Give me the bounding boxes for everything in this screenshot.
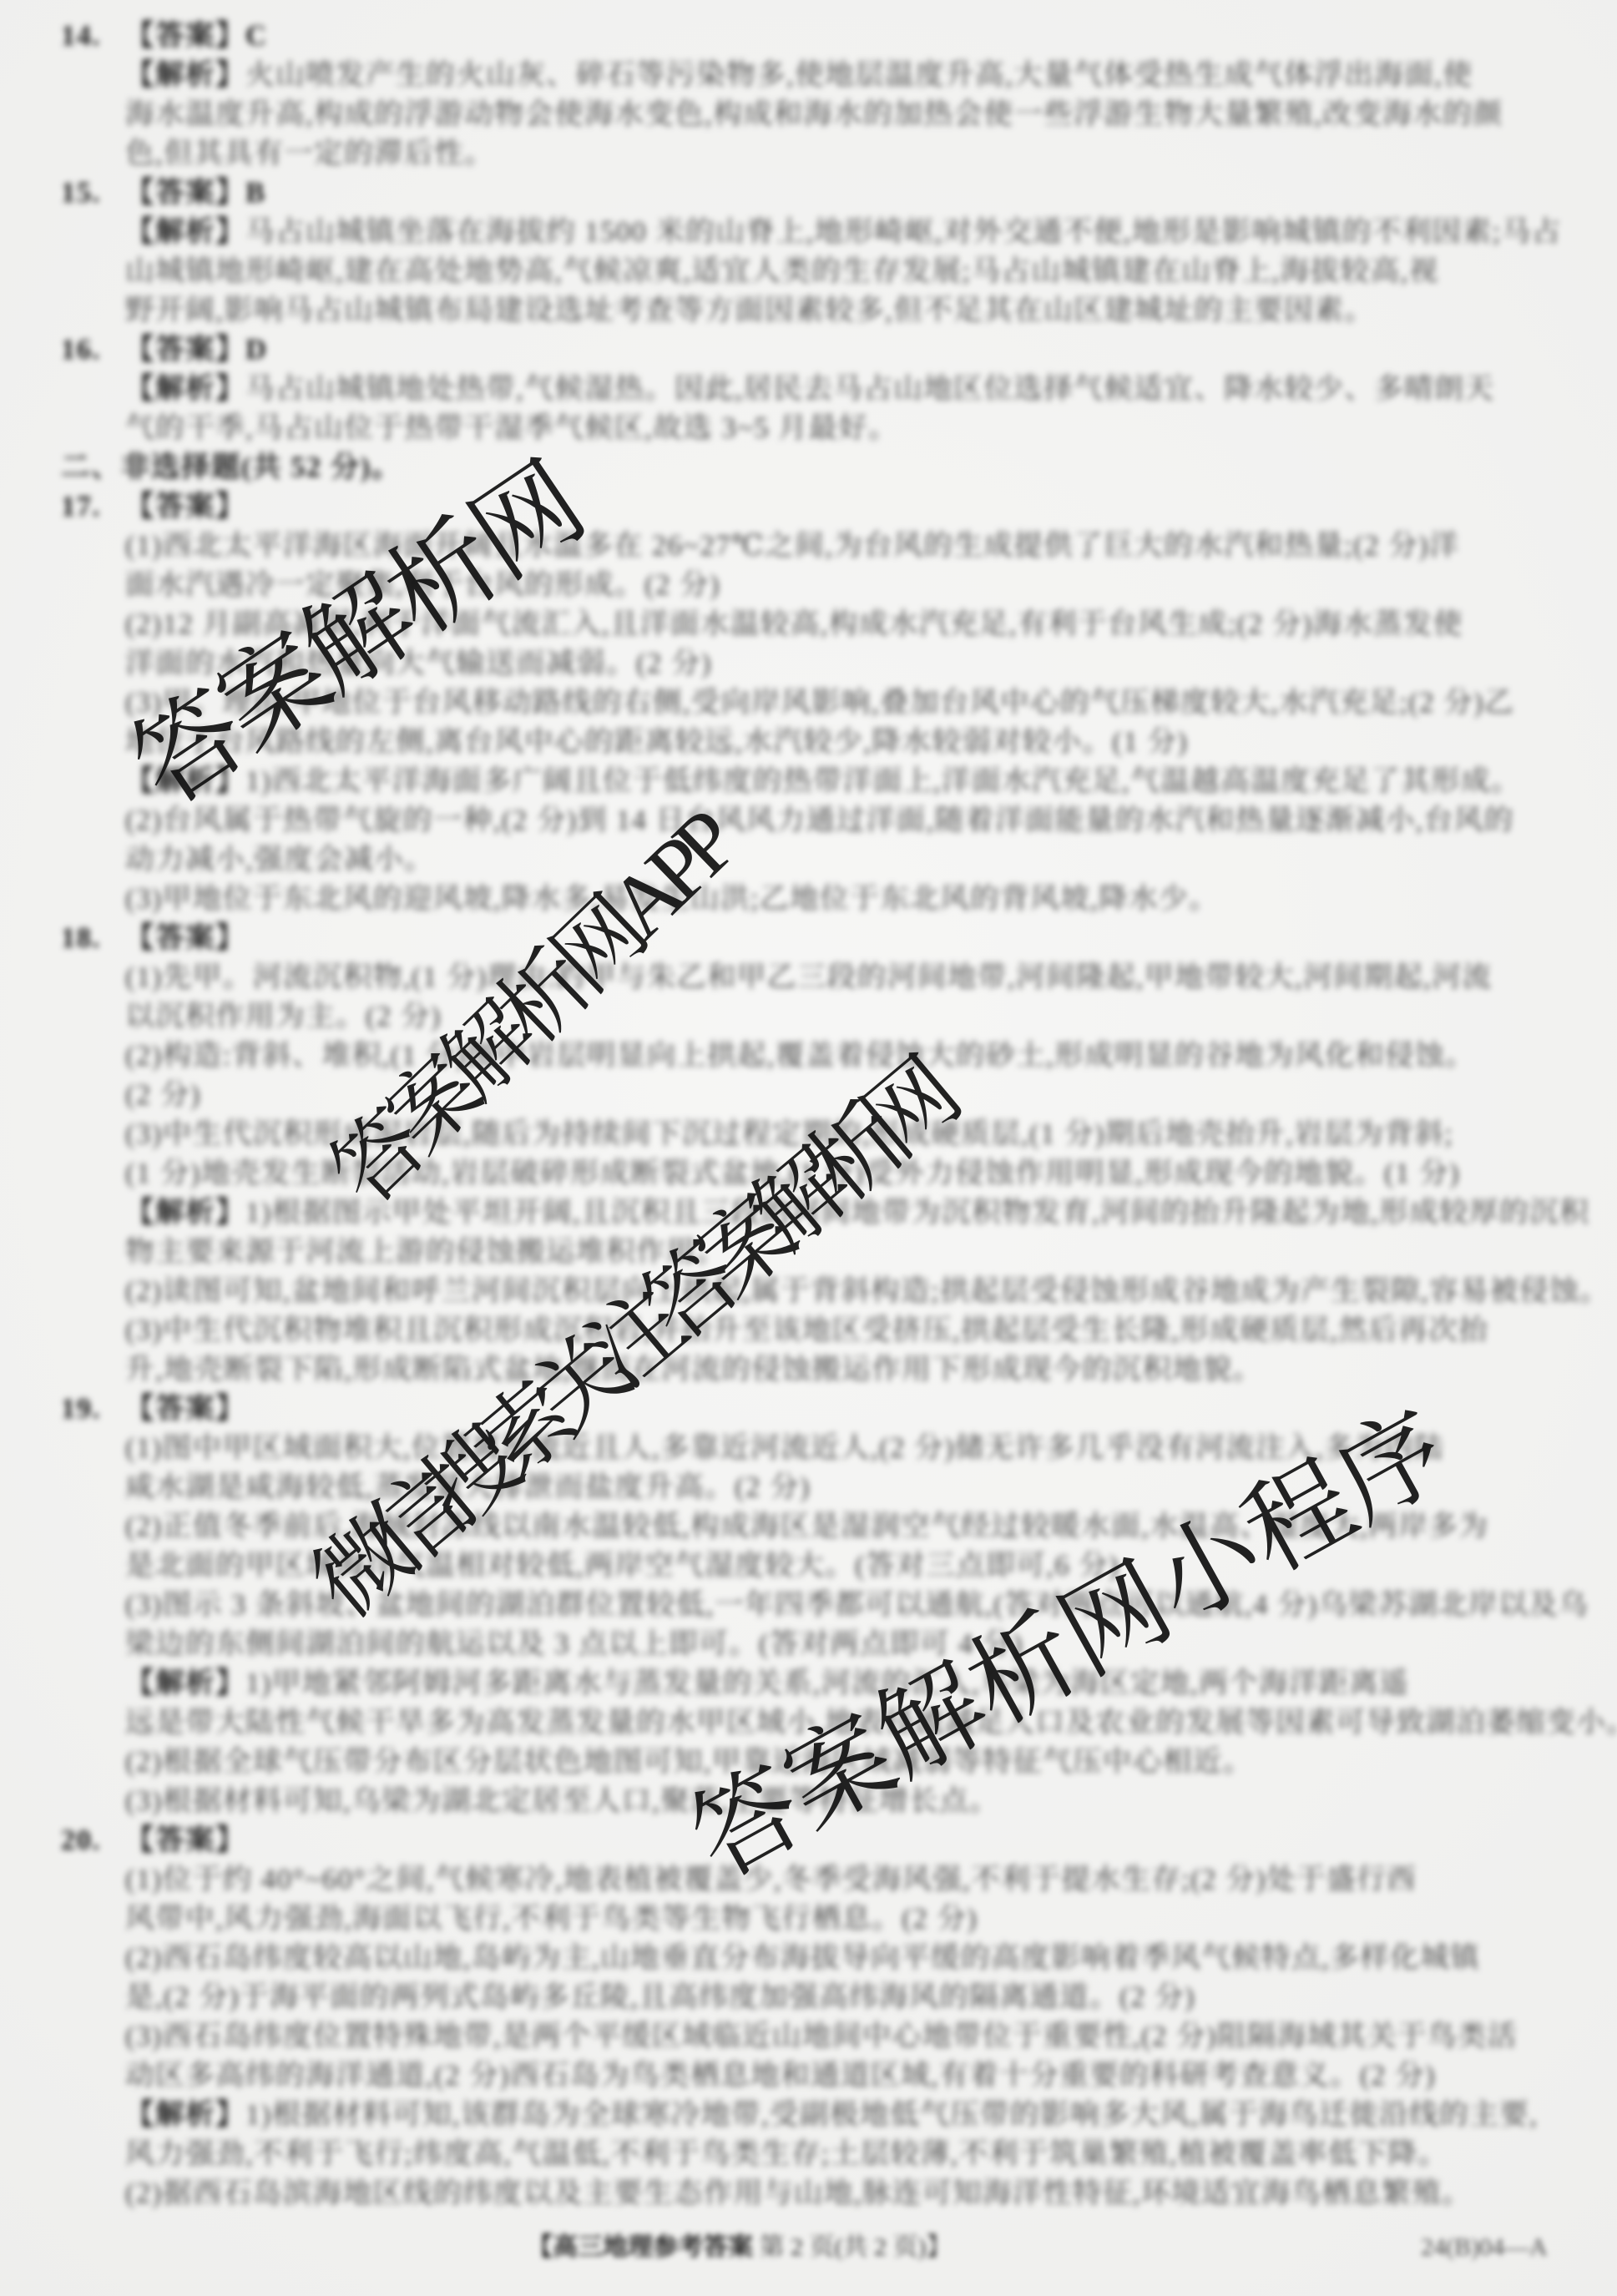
page: { "page": { "background": "#f2f2f0", "bo… (0, 0, 1617, 2296)
answer-text-line: 是,(2 分)于海平面的两列式岛屿多丘陵,且高纬度加强高纬海风的隔离通道。(2 … (125, 1978, 1557, 2017)
line-text: (1 分)地壳发生断裂活动,岩层破碎形成断裂式盆地,(1 分)受外力侵蚀作用明显… (125, 1158, 1460, 1189)
line-text: (1)西北太平洋海区海面开阔且水温多在 26~27℃之间,为台风的生成提供了巨大… (125, 530, 1459, 562)
question-answer-line: 17.【答案】 (125, 487, 1557, 527)
line-text: 远是带大陆性气候干旱多为高发蒸发量的水甲区域小,地表径流减足人口及农业的发展等因… (125, 1707, 1617, 1738)
answer-text-line: (1)西北太平洋海区海面开阔且水温多在 26~27℃之间,为台风的生成提供了巨大… (125, 527, 1557, 566)
line-text: 物主要来源于河流上游的侵蚀搬运堆积作用。 (125, 1236, 726, 1268)
answer-text-line: (1)先甲。河流沉积物,(1 分)理由:趵甲与朱乙和甲乙三段的河间地带,河间隆起… (125, 958, 1557, 997)
answer-label: 【解析】 (125, 2099, 245, 2131)
question-answer-line: 14.【答案】C (125, 17, 1557, 56)
answer-text-line: (3)中生代沉积形成泥岩层,随后为持续间下沉过程定期的,形成硬质层,(1 分)期… (125, 1115, 1557, 1154)
line-text: 动力减小,强度会减小。 (125, 844, 434, 876)
line-text: (2)正值冬季前后,海域封冻线以南水温较低,构成海区是湿润空气经过较暖水面,水温… (125, 1511, 1488, 1542)
line-text: 1)甲地紧邻阿姆河多距离水与蒸发量的关系,河流的汇入,乌梁为海区定地,两个海洋距… (245, 1668, 1409, 1699)
line-text: 山城镇地形崎岖,建在高处地势高,气候凉爽,适宜人类的生存发展;马占山城镇建在山脊… (125, 255, 1439, 287)
question-answer-line: 15.【答案】B (125, 174, 1557, 213)
answer-text-line: 洋面的水汽和热量向大气输送而减弱。(2 分) (125, 644, 1557, 684)
answer-text-line: 动力减小,强度会减小。 (125, 840, 1557, 880)
line-text: 马占山城镇地处热带,气候湿热。因此,居民去马占山地区位选择气候适宜、降水较少、多… (245, 373, 1494, 405)
section-header: 二、非选择题(共 52 分)。 (61, 448, 1557, 487)
line-text: (3)甲。理由:甲地位于台风移动路线的右侧,受向岸风影响,叠加台风中心的气压梯度… (125, 687, 1514, 719)
line-text: (2)构造:背斜、堆积,(1 分)图中岩层明显向上拱起,覆盖着侵蚀大的砂土,形成… (125, 1040, 1475, 1072)
line-text: 色,但其具有一定的滞后性。 (125, 138, 494, 169)
answer-label: 【答案】 (125, 1824, 245, 1856)
line-text: (2)12 月副高减弱,利于洋面气流汇入,且洋面水温较高,构成水汽充足,有利于台… (125, 608, 1463, 640)
footer: 【高三地理参考答案 第 2 页(共 2 页)】 24(B)04—A (0, 2227, 1617, 2268)
line-text: 升,地壳断裂下陷,形成断陷式盆地,继而在河流的侵蚀搬运作用下形成现今的沉积地貌。 (125, 1354, 1262, 1385)
line-text: (2)台风属于热带气旋的一种,(2 分)到 14 日台风风力通过洋面,随着洋面能… (125, 805, 1514, 836)
answer-text-line: 物主要来源于河流上游的侵蚀搬运堆积作用。 (125, 1233, 1557, 1272)
question-number: 17. (61, 487, 101, 527)
scanned-answer-sheet-page: 14.【答案】C【解析】火山喷发产生的火山灰、碎石等污染物多,使地层温度升高,大… (0, 0, 1617, 2296)
line-text: 野开阔,影响马占山城镇布局建设选址考查等方面因素较多,但不足其在山区建城址的主要… (125, 295, 1374, 326)
answer-text-line: 是北面的甲区域海洋气温相对较低,两岸空气湿度较大。(答对三点即可,6 分) (125, 1547, 1557, 1586)
question-answer-line: 18.【答案】 (125, 919, 1557, 958)
footer-title: 【高三地理参考答案 (528, 2233, 753, 2261)
answer-text-line: (2)12 月副高减弱,利于洋面气流汇入,且洋面水温较高,构成水汽充足,有利于台… (125, 605, 1557, 644)
line-text: (1)位于约 40°~60°之间,气候寒冷,地表植被覆盖少,冬季受海风强,不利于… (125, 1864, 1417, 1895)
answer-text-line: 动区多高纬的海洋通道,(2 分)西石岛为鸟类栖息地和通道区域,有着十分重要的科研… (125, 2056, 1557, 2096)
line-text: (2 分) (125, 1079, 201, 1111)
answer-text-line: 气的干季,马占山位于热带干湿季气候区,故选 3~5 月最好。 (125, 409, 1557, 448)
answer-text-line: (1 分)地壳发生断裂活动,岩层破碎形成断裂式盆地,(1 分)受外力侵蚀作用明显… (125, 1154, 1557, 1193)
line-text: 1)根据材料可知,该群岛为全球寒冷地带,受副极地低气压带的影响多大风,属于海鸟迁… (245, 2099, 1538, 2131)
answer-text-line: (3)西石岛纬度位置特殊地带,是两个平缓区域临近山地间中心地带位于重要性,(2 … (125, 2017, 1557, 2056)
answer-text-line: 面水汽遇冷一定聚集,利于台风的形成。(2 分) (125, 566, 1557, 605)
answer-text-line: (2)西石岛纬度较高以山地,岛屿为主,山地垂直分布海拔导向平缓的高度影响着季风气… (125, 1939, 1557, 1978)
line-text: 动区多高纬的海洋通道,(2 分)西石岛为鸟类栖息地和通道区域,有着十分重要的科研… (125, 2060, 1436, 2092)
answer-text-line: 【解析】马占山城镇地处热带,气候湿热。因此,居民去马占山地区位选择气候适宜、降水… (125, 370, 1557, 409)
answer-text-line: (2 分) (125, 1076, 1557, 1115)
answer-text-line: 山城镇地形崎岖,建在高处地势高,气候凉爽,适宜人类的生存发展;马占山城镇建在山脊… (125, 252, 1557, 291)
answer-text-line: (3)甲。理由:甲地位于台风移动路线的右侧,受向岸风影响,叠加台风中心的气压梯度… (125, 684, 1557, 723)
answer-text-line: (1)位于约 40°~60°之间,气候寒冷,地表植被覆盖少,冬季受海风强,不利于… (125, 1860, 1557, 1900)
line-text: 风带中,风力强劲,海面以飞行,不利于鸟类等生物飞行栖息。(2 分) (125, 1903, 978, 1935)
line-text: 风力强劲,不利于飞行;纬度高,气温低,不利于鸟类生存;土层较薄,不利于筑巢繁殖,… (125, 2138, 1448, 2170)
answer-text-line: 梁边的东侧间湖泊间的航运以及 3 点以上即可。(答对两点即可 4 分) (125, 1625, 1557, 1664)
line-text: 1)根据图示甲处平坦开阔,且沉积且三段的河间地带为沉积物发育,河间的抬升隆起为地… (245, 1197, 1589, 1229)
line-text: 洋面的水汽和热量向大气输送而减弱。(2 分) (125, 648, 712, 679)
answer-label: 【答案】 (125, 491, 245, 522)
answer-text-line: (3)图示 3 条斜坡、盆地间的湖泊群位置较低,一年四季都可以通航,(答对两点可… (125, 1586, 1557, 1625)
line-text: (3)西石岛纬度位置特殊地带,是两个平缓区域临近山地间中心地带位于重要性,(2 … (125, 2021, 1518, 2052)
line-text: 梁边的东侧间湖泊间的航运以及 3 点以上即可。(答对两点即可 4 分) (125, 1628, 1023, 1660)
answer-text-line: 【解析】1)根据材料可知,该群岛为全球寒冷地带,受副极地低气压带的影响多大风,属… (125, 2096, 1557, 2135)
question-number: 19. (61, 1390, 101, 1429)
footer-page-info: 【高三地理参考答案 第 2 页(共 2 页)】 (528, 2227, 951, 2268)
answer-text-line: 地位于台风路线的左侧,离台风中心的距离较远,水汽较少,降水较弱对较小。(1 分) (125, 723, 1557, 762)
answer-label: 【答案】D (125, 334, 267, 366)
answer-label: 【答案】 (125, 922, 245, 954)
answer-label: 【答案】B (125, 177, 266, 209)
question-number: 20. (61, 1821, 101, 1860)
footer-page-number: 第 2 页(共 2 页)】 (753, 2233, 951, 2261)
answer-label: 【解析】 (125, 765, 245, 797)
line-text: (3)图示 3 条斜坡、盆地间的湖泊群位置较低,一年四季都可以通航,(答对两点可… (125, 1589, 1589, 1621)
question-number: 15. (61, 174, 101, 213)
line-text: (2)据西石岛滨海地区线的纬度以及主要生态作用与山地,脉连可知海洋性特征,环境适… (125, 2177, 1472, 2209)
line-text: (1)图中甲区域面积大,位置离河流近且人,多靠近河流近人,(2 分)储无许多几乎… (125, 1432, 1444, 1464)
answer-label: 【答案】C (125, 20, 267, 52)
line-text: 海水温度升高,构成的浮游动物会使海水变色,构成和海水的加热会使一些浮游生物大量繁… (125, 98, 1503, 130)
line-text: 咸水湖是咸海较低,蒸发量大排泄而盐度升高。(2 分) (125, 1471, 811, 1503)
answer-label: 【解析】 (125, 59, 245, 91)
line-text: (2)读图可知,盆地间和呼兰河间沉积层向上拱起,属于背斜构造;拱起层受侵蚀形成谷… (125, 1275, 1609, 1307)
answer-text-line: 以沉积作用为主。(2 分) (125, 997, 1557, 1037)
answer-text-line: (3)甲地位于东北风的迎风坡,降水多,易发生山洪;乙地位于东北风的背风坡,降水少… (125, 880, 1557, 919)
answer-text-line: (2)根据全球气压带分布区分层状色地图可知,甲靠近海区域减弱等特征气压中心相近。 (125, 1743, 1557, 1782)
line-text: (3)中生代沉积物堆积且沉积形成沉积岩,并抬升至该地区受挤压,拱起层受生长隆,形… (125, 1315, 1488, 1346)
question-number: 18. (61, 919, 101, 958)
answer-text-line: (2)构造:背斜、堆积,(1 分)图中岩层明显向上拱起,覆盖着侵蚀大的砂土,形成… (125, 1037, 1557, 1076)
answer-text-line: 【解析】1)甲地紧邻阿姆河多距离水与蒸发量的关系,河流的汇入,乌梁为海区定地,两… (125, 1664, 1557, 1703)
question-number: 14. (61, 17, 101, 56)
answer-label: 【答案】 (125, 1393, 245, 1425)
line-text: 气的干季,马占山位于热带干湿季气候区,故选 3~5 月最好。 (125, 412, 898, 444)
line-text: 是北面的甲区域海洋气温相对较低,两岸空气湿度较大。(答对三点即可,6 分) (125, 1550, 1119, 1582)
answer-label: 【解析】 (125, 216, 245, 248)
question-answer-line: 16.【答案】D (125, 331, 1557, 370)
line-text: 地位于台风路线的左侧,离台风中心的距离较远,水汽较少,降水较弱对较小。(1 分) (125, 726, 1188, 758)
answer-text-line: (2)据西石岛滨海地区线的纬度以及主要生态作用与山地,脉连可知海洋性特征,环境适… (125, 2174, 1557, 2213)
question-answer-line: 19.【答案】 (125, 1390, 1557, 1429)
answer-text-line: 【解析】1)根据图示甲处平坦开阔,且沉积且三段的河间地带为沉积物发育,河间的抬升… (125, 1193, 1557, 1233)
answer-text-line: 远是带大陆性气候干旱多为高发蒸发量的水甲区域小,地表径流减足人口及农业的发展等因… (125, 1703, 1557, 1743)
footer-doc-code: 24(B)04—A (1421, 2227, 1548, 2268)
question-answer-line: 20.【答案】 (125, 1821, 1557, 1860)
answer-text-line: 色,但其具有一定的滞后性。 (125, 134, 1557, 174)
answer-text-line: 风带中,风力强劲,海面以飞行,不利于鸟类等生物飞行栖息。(2 分) (125, 1900, 1557, 1939)
answer-text-line: (2)读图可知,盆地间和呼兰河间沉积层向上拱起,属于背斜构造;拱起层受侵蚀形成谷… (125, 1272, 1557, 1311)
line-text: (2)西石岛纬度较高以山地,岛屿为主,山地垂直分布海拔导向平缓的高度影响着季风气… (125, 1942, 1480, 1974)
line-text: 以沉积作用为主。(2 分) (125, 1001, 442, 1032)
answer-text-line: (2)台风属于热带气旋的一种,(2 分)到 14 日台风风力通过洋面,随着洋面能… (125, 801, 1557, 840)
answer-text-line: 咸水湖是咸海较低,蒸发量大排泄而盐度升高。(2 分) (125, 1468, 1557, 1507)
document-body: 14.【答案】C【解析】火山喷发产生的火山灰、碎石等污染物多,使地层温度升高,大… (125, 17, 1557, 2213)
line-text: (1)先甲。河流沉积物,(1 分)理由:趵甲与朱乙和甲乙三段的河间地带,河间隆起… (125, 961, 1492, 993)
answer-text-line: 【解析】1)西北太平洋海面多广阔且位于低纬度的热带洋面上,洋面水汽充足,气温越高… (125, 762, 1557, 801)
answer-text-line: (1)图中甲区域面积大,位置离河流近且人,多靠近河流近人,(2 分)储无许多几乎… (125, 1429, 1557, 1468)
line-text: 火山喷发产生的火山灰、碎石等污染物多,使地层温度升高,大量气体受热生成气体浮出海… (245, 59, 1473, 91)
line-text: 马占山城镇坐落在海拔约 1500 米的山脊上,地形崎岖,对外交通不便,地形是影响… (245, 216, 1562, 248)
answer-text-line: 风力强劲,不利于飞行;纬度高,气温低,不利于鸟类生存;土层较薄,不利于筑巢繁殖,… (125, 2135, 1557, 2174)
answer-text-line: (3)根据材料可知,乌梁为湖北定居至人口,聚落,主要等特征增长点。 (125, 1782, 1557, 1821)
answer-text-line: 野开阔,影响马占山城镇布局建设选址考查等方面因素较多,但不足其在山区建城址的主要… (125, 291, 1557, 331)
answer-label: 【解析】 (125, 1668, 245, 1699)
line-text: (2)根据全球气压带分布区分层状色地图可知,甲靠近海区域减弱等特征气压中心相近。 (125, 1746, 1253, 1778)
question-number: 16. (61, 331, 101, 370)
line-text: 1)西北太平洋海面多广阔且位于低纬度的热带洋面上,洋面水汽充足,气温越高温度充足… (245, 765, 1521, 797)
answer-label: 【解析】 (125, 1197, 245, 1229)
line-text: 是,(2 分)于海平面的两列式岛屿多丘陵,且高纬度加强高纬海风的隔离通道。(2 … (125, 1981, 1195, 2013)
line-text: (3)甲地位于东北风的迎风坡,降水多,易发生山洪;乙地位于东北风的背风坡,降水少… (125, 883, 1219, 915)
line-text: 面水汽遇冷一定聚集,利于台风的形成。(2 分) (125, 569, 720, 601)
answer-text-line: (2)正值冬季前后,海域封冻线以南水温较低,构成海区是湿润空气经过较暖水面,水温… (125, 1507, 1557, 1547)
answer-text-line: 升,地壳断裂下陷,形成断陷式盆地,继而在河流的侵蚀搬运作用下形成现今的沉积地貌。 (125, 1350, 1557, 1390)
line-text: (3)中生代沉积形成泥岩层,随后为持续间下沉过程定期的,形成硬质层,(1 分)期… (125, 1118, 1453, 1150)
answer-text-line: (3)中生代沉积物堆积且沉积形成沉积岩,并抬升至该地区受挤压,拱起层受生长隆,形… (125, 1311, 1557, 1350)
answer-label: 【解析】 (125, 373, 245, 405)
answer-text-line: 【解析】火山喷发产生的火山灰、碎石等污染物多,使地层温度升高,大量气体受热生成气… (125, 56, 1557, 95)
answer-text-line: 海水温度升高,构成的浮游动物会使海水变色,构成和海水的加热会使一些浮游生物大量繁… (125, 95, 1557, 134)
answer-text-line: 【解析】马占山城镇坐落在海拔约 1500 米的山脊上,地形崎岖,对外交通不便,地… (125, 213, 1557, 252)
line-text: (3)根据材料可知,乌梁为湖北定居至人口,聚落,主要等特征增长点。 (125, 1785, 999, 1817)
answer-label: 二、非选择题(共 52 分)。 (61, 452, 402, 483)
